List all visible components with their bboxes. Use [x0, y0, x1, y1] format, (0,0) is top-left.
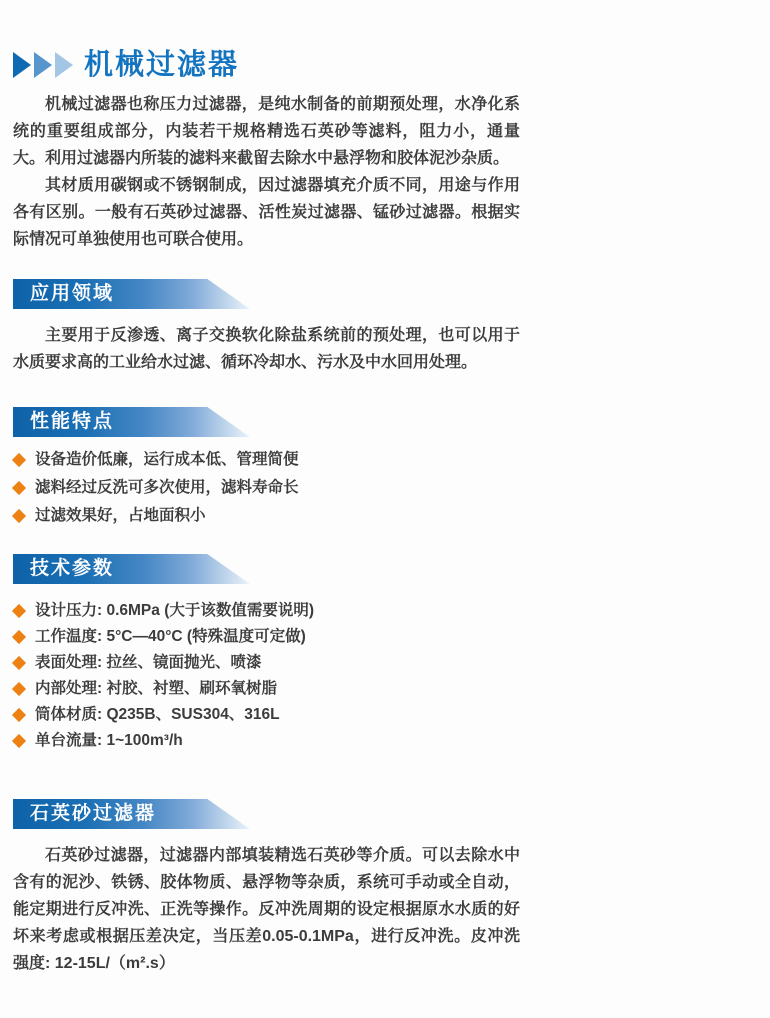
diamond-bullet-icon — [12, 509, 26, 523]
list-item-text: 设计压力: 0.6MPa (大于该数值需要说明) — [35, 598, 314, 624]
page-title-row: 机械过滤器 — [13, 48, 520, 82]
section-paragraph: 石英砂过滤器，过滤器内部填装精选石英砂等介质。可以去除水中含有的泥沙、铁锈、胶体… — [13, 842, 520, 977]
intro-paragraph: 机械过滤器也称压力过滤器，是纯水制备的前期预处理，水净化系统的重要组成部分，内装… — [13, 91, 520, 172]
section-heading: 石英砂过滤器 — [30, 803, 156, 824]
feature-list: 设备造价低廉，运行成本低、管理简便 滤料经过反洗可多次使用，滤料寿命长 过滤效果… — [13, 446, 520, 530]
list-item-text: 表面处理: 拉丝、镜面抛光、喷漆 — [35, 650, 261, 676]
list-item: 过滤效果好，占地面积小 — [13, 502, 520, 530]
diamond-bullet-icon — [12, 734, 26, 748]
list-item: 设备造价低廉，运行成本低、管理简便 — [13, 446, 520, 474]
list-item: 设计压力: 0.6MPa (大于该数值需要说明) — [13, 598, 520, 624]
diamond-bullet-icon — [12, 708, 26, 722]
list-item-text: 单台流量: 1~100m³/h — [35, 728, 183, 754]
catalog-page: 机械过滤器 机械过滤器也称压力过滤器，是纯水制备的前期预处理，水净化系统的重要组… — [0, 0, 770, 1018]
section-banner-features: 性能特点 — [13, 407, 250, 437]
section-paragraph: 主要用于反渗透、离子交换软化除盐系统前的预处理，也可以用于水质要求高的工业给水过… — [13, 322, 520, 376]
section-banner-specs: 技术参数 — [13, 554, 250, 584]
diamond-bullet-icon — [12, 604, 26, 618]
right-arrow-icon — [55, 52, 73, 78]
diamond-bullet-icon — [12, 453, 26, 467]
list-item-text: 过滤效果好，占地面积小 — [35, 502, 206, 530]
page-title: 机械过滤器 — [84, 48, 239, 82]
list-item-text: 内部处理: 衬胶、衬塑、刷环氧树脂 — [35, 676, 277, 702]
list-item: 筒体材质: Q235B、SUS304、316L — [13, 702, 520, 728]
list-item-text: 滤料经过反洗可多次使用，滤料寿命长 — [35, 474, 299, 502]
diamond-bullet-icon — [12, 682, 26, 696]
diamond-bullet-icon — [12, 481, 26, 495]
list-item-text: 工作温度: 5°C—40°C (特殊温度可定做) — [35, 624, 306, 650]
section-heading: 性能特点 — [30, 411, 114, 432]
section-banner-application: 应用领域 — [13, 279, 250, 309]
section-heading: 应用领域 — [30, 283, 114, 304]
section-banner-quartz-sand-filter: 石英砂过滤器 — [13, 799, 250, 829]
diamond-bullet-icon — [12, 630, 26, 644]
list-item: 工作温度: 5°C—40°C (特殊温度可定做) — [13, 624, 520, 650]
diamond-bullet-icon — [12, 656, 26, 670]
right-arrow-icon — [34, 52, 52, 78]
list-item: 滤料经过反洗可多次使用，滤料寿命长 — [13, 474, 520, 502]
section-heading: 技术参数 — [30, 558, 114, 579]
list-item-text: 筒体材质: Q235B、SUS304、316L — [35, 702, 280, 728]
right-arrow-icon — [13, 52, 31, 78]
spec-list: 设计压力: 0.6MPa (大于该数值需要说明) 工作温度: 5°C—40°C … — [13, 598, 520, 754]
intro-paragraph: 其材质用碳钢或不锈钢制成，因过滤器填充介质不同，用途与作用各有区别。一般有石英砂… — [13, 172, 520, 253]
list-item: 内部处理: 衬胶、衬塑、刷环氧树脂 — [13, 676, 520, 702]
list-item: 表面处理: 拉丝、镜面抛光、喷漆 — [13, 650, 520, 676]
list-item: 单台流量: 1~100m³/h — [13, 728, 520, 754]
list-item-text: 设备造价低廉，运行成本低、管理简便 — [35, 446, 299, 474]
